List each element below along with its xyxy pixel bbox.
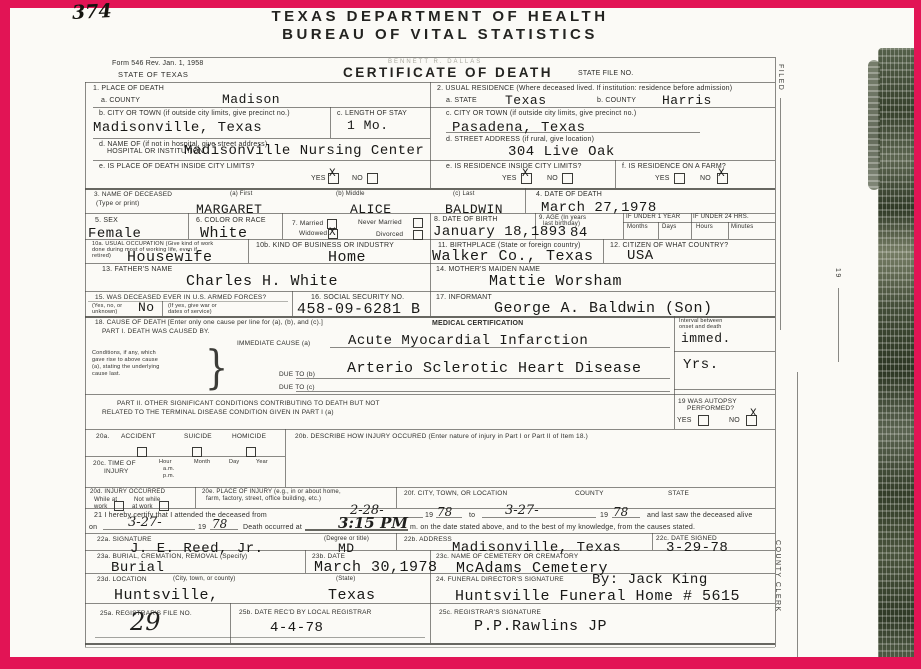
registrar-file-no-value: 29 xyxy=(130,608,161,636)
type-or-print-label: (Type or print) xyxy=(96,200,139,207)
divider xyxy=(282,213,283,239)
never-married-label: Never Married xyxy=(358,219,402,226)
divider xyxy=(728,222,729,239)
death-certificate-scan: 374 TEXAS DEPARTMENT OF HEALTH BUREAU OF… xyxy=(0,0,921,669)
yes-label: YES xyxy=(655,175,670,182)
divider xyxy=(430,603,431,643)
hour-label: Hour xyxy=(159,459,172,465)
day-label: Day xyxy=(229,459,239,465)
check-mark: X xyxy=(750,408,757,420)
rule xyxy=(95,637,425,638)
at-work-label: at work xyxy=(132,504,153,510)
fathers-name-value: Charles H. White xyxy=(186,273,338,290)
rule xyxy=(85,487,775,488)
sex-label: 5. SEX xyxy=(95,217,118,224)
residence-state-value: Texas xyxy=(505,93,547,108)
divorced-label: Divorced xyxy=(376,231,403,238)
usual-occupation-value: Housewife xyxy=(127,249,213,266)
armed-forces-sub1b: unknown) xyxy=(92,309,117,315)
injury-county-label: COUNTY xyxy=(575,490,604,497)
color-or-race-label: 6. COLOR OR RACE xyxy=(196,217,266,224)
not-while-at-work-checkbox xyxy=(159,501,169,511)
autopsy-label: 19 WAS AUTOPSY xyxy=(678,398,737,405)
autopsy-label2: PERFORMED? xyxy=(687,405,734,412)
physician-address-label: 22b. ADDRESS xyxy=(404,536,452,543)
armed-forces-value: No xyxy=(138,300,155,315)
farm-yes-checkbox xyxy=(674,173,685,184)
immediate-cause-value: Acute Myocardial Infarction xyxy=(348,333,588,349)
state-file-no-label: STATE FILE NO. xyxy=(578,70,633,77)
no-label: NO xyxy=(547,175,558,182)
divider xyxy=(188,213,189,239)
hours-label: Hours xyxy=(696,224,713,230)
last-name-label: (c) Last xyxy=(453,191,475,197)
photocopy-dark-smudge xyxy=(868,60,880,190)
farm-no-checkbox: X xyxy=(717,173,728,184)
fathers-name-label: 13. FATHER'S NAME xyxy=(102,266,172,273)
rule xyxy=(85,508,775,509)
last-name-value: BALDWIN xyxy=(445,202,503,217)
form-left-border xyxy=(85,82,86,647)
immediate-cause-label: IMMEDIATE CAUSE (a) xyxy=(237,340,310,347)
homicide-checkbox xyxy=(246,447,256,457)
part1-label: PART I. DEATH WAS CAUSED BY. xyxy=(102,328,210,335)
residence-county-label: b. COUNTY xyxy=(597,97,636,104)
pm-label: p.m. xyxy=(163,473,175,479)
date-of-death-value: March 27,1978 xyxy=(541,200,657,216)
injury-state-label: STATE xyxy=(668,490,689,497)
rule xyxy=(85,291,775,292)
citizen-value: USA xyxy=(627,248,654,264)
funeral-home-value: Huntsville Funeral Home # 5615 xyxy=(455,588,740,605)
divider xyxy=(330,107,331,138)
divider xyxy=(292,291,293,316)
certify-text-1: 21 I hereby certify that I attended the … xyxy=(94,512,267,519)
residence-state-label: a. STATE xyxy=(446,97,477,104)
divider xyxy=(430,550,431,603)
armed-forces-sub2b: dates of service) xyxy=(168,309,212,315)
divider xyxy=(691,213,692,239)
rule xyxy=(85,533,775,534)
usual-occupation-label3: retired) xyxy=(92,253,111,259)
informant-value: George A. Baldwin (Son) xyxy=(494,300,713,317)
rule xyxy=(838,288,839,362)
attended-to-date-handwritten: 3-27- xyxy=(505,503,539,518)
check-mark: X xyxy=(329,227,336,239)
divider xyxy=(162,301,163,316)
first-name-value: MARGARET xyxy=(196,202,262,217)
mothers-maiden-name-value: Mattie Worsham xyxy=(489,273,622,290)
accident-label: ACCIDENT xyxy=(121,433,156,440)
registrar-signature-label: 25c. REGISTRAR'S SIGNATURE xyxy=(439,609,541,616)
sex-value: Female xyxy=(88,226,141,242)
no-label: NO xyxy=(729,417,740,424)
certificate-title: CERTIFICATE OF DEATH xyxy=(343,65,553,80)
rule xyxy=(296,378,670,379)
death-city-limits-no-checkbox xyxy=(367,173,378,184)
year-78-handwritten: 78 xyxy=(437,505,452,519)
rule xyxy=(296,391,670,392)
certify-text-2: and last saw the deceased alive xyxy=(647,512,752,519)
rule xyxy=(93,160,430,161)
part2-label: PART II. OTHER SIGNIFICANT CONDITIONS CO… xyxy=(117,400,380,407)
cause-of-death-title: 18. CAUSE OF DEATH [Enter only one cause… xyxy=(95,319,323,326)
residence-city-limits-label: e. IS RESIDENCE INSIDE CITY LIMITS? xyxy=(446,163,582,170)
certify-text-3: m. on the date stated above, and to the … xyxy=(410,524,695,531)
rule xyxy=(780,98,781,330)
no-label: NO xyxy=(352,175,363,182)
funeral-director-by-value: By: Jack King xyxy=(592,572,708,588)
city-or-town-value: Madisonville, Texas xyxy=(93,120,262,136)
photocopy-dark-band xyxy=(878,48,917,666)
divider xyxy=(623,213,624,239)
widowed-label: Widowed xyxy=(299,230,327,237)
time-of-injury-label2: INJURY xyxy=(104,468,129,475)
business-industry-label: 10b. KIND OF BUSINESS OR INDUSTRY xyxy=(256,242,394,249)
divider xyxy=(285,429,286,487)
rule xyxy=(797,372,798,660)
date-received-value: 4-4-78 xyxy=(270,620,323,636)
middle-name-value: ALICE xyxy=(350,202,392,217)
not-while-label: Not while xyxy=(134,497,160,503)
divider xyxy=(430,213,431,316)
burial-city-value: Huntsville, xyxy=(114,587,219,604)
due-to-c-label: DUE TO (c) xyxy=(279,384,315,391)
year-78-handwritten: 78 xyxy=(212,517,227,531)
am-label: a.m. xyxy=(163,466,175,472)
street-address-label: d. STREET ADDRESS (if rural, give locati… xyxy=(446,136,594,143)
minutes-label: Minutes xyxy=(731,224,753,230)
autopsy-yes-checkbox xyxy=(698,415,709,426)
place-of-injury-label2: farm, factory, street, office building, … xyxy=(206,496,321,502)
rule xyxy=(93,107,430,108)
county-clerk-label: COUNTY CLERK xyxy=(774,540,781,613)
divider xyxy=(652,533,653,550)
rule xyxy=(623,222,775,223)
divider xyxy=(396,533,397,550)
interval-label2: onset and death xyxy=(679,324,721,330)
date-of-birth-value: January 18,1893 xyxy=(433,224,567,240)
divider xyxy=(430,82,431,188)
rule xyxy=(85,643,775,645)
part2-label2: RELATED TO THE TERMINAL DISEASE CONDITIO… xyxy=(102,409,334,416)
while-at-work-checkbox xyxy=(114,501,124,511)
place-of-death-title: 1. PLACE OF DEATH xyxy=(93,85,164,92)
married-label: 7. Married xyxy=(292,220,323,227)
registrar-signature-value: P.P.Rawlins JP xyxy=(474,618,607,635)
armed-forces-label: 15. WAS DECEASED EVER IN U.S. ARMED FORC… xyxy=(95,294,266,301)
residence-on-farm-label: f. IS RESIDENCE ON A FARM? xyxy=(622,163,726,170)
injury-city-label: 20f. CITY, TOWN, OR LOCATION xyxy=(404,490,507,497)
date-signed-value: 3-29-78 xyxy=(666,540,728,556)
rule xyxy=(85,394,775,395)
filed-stamp-label: FILED xyxy=(777,64,784,91)
divider xyxy=(658,222,659,239)
residence-county-value: Harris xyxy=(662,93,712,108)
form-number: Form 546 Rev. Jan. 1, 1958 xyxy=(112,60,203,67)
first-name-label: (a) First xyxy=(230,191,252,197)
middle-name-label: (b) Middle xyxy=(336,191,365,197)
hospital-name-value: Madisonville Nursing Center xyxy=(184,143,424,159)
rule xyxy=(85,188,775,190)
describe-injury-label: 20b. DESCRIBE HOW INJURY OCCURED (Enter … xyxy=(295,433,588,440)
if-under-24-hrs-label: IF UNDER 24 HRS. xyxy=(693,214,749,220)
time-of-injury-label: 20c. TIME OF xyxy=(93,460,136,467)
item-20a-label: 20a. xyxy=(96,433,109,440)
rule xyxy=(93,138,430,139)
conditions-note1: Conditions, if any, which xyxy=(92,350,156,356)
yes-label: YES xyxy=(502,175,517,182)
accident-checkbox xyxy=(137,447,147,457)
name-of-deceased-label: 3. NAME OF DECEASED xyxy=(94,191,172,198)
county-value: Madison xyxy=(222,92,280,107)
rule xyxy=(88,301,288,302)
business-industry-value: Home xyxy=(328,249,366,266)
usual-residence-title: 2. USUAL RESIDENCE (Where deceased lived… xyxy=(437,85,732,92)
burial-state-value: Texas xyxy=(328,587,376,604)
printed-19: 19 xyxy=(600,512,608,519)
autopsy-no-checkbox: X xyxy=(746,415,757,426)
residence-city-label: c. CITY OR TOWN (if outside city limits,… xyxy=(446,110,636,117)
burial-date-value: March 30,1978 xyxy=(314,559,438,576)
residence-city-limits-yes-checkbox: X xyxy=(521,173,532,184)
rule xyxy=(674,351,775,352)
medical-certification-label: MEDICAL CERTIFICATION xyxy=(432,320,523,327)
date-of-birth-label: 8. DATE OF BIRTH xyxy=(434,216,498,223)
physician-address-value: Madisonville, Texas xyxy=(452,540,621,556)
date-of-death-label: 4. DATE OF DEATH xyxy=(536,191,602,198)
rule xyxy=(430,107,775,108)
rule xyxy=(674,389,775,390)
rule xyxy=(85,647,775,648)
divider xyxy=(674,316,675,429)
divider xyxy=(603,239,604,263)
injury-occurred-label: 20d. INJURY OCCURRED xyxy=(90,489,165,495)
physician-signature-value: J. E. Reed, Jr. xyxy=(130,541,264,557)
funeral-director-label: 24. FUNERAL DIRECTOR'S SIGNATURE xyxy=(436,576,564,583)
birthplace-value: Walker Co., Texas xyxy=(432,248,594,265)
time-of-death-handwritten: 3:15 PM xyxy=(338,514,408,532)
divider xyxy=(195,487,196,508)
divider xyxy=(305,550,306,573)
months-label: Months xyxy=(627,224,648,230)
death-city-limits-yes-checkbox: X xyxy=(328,173,339,184)
rule xyxy=(150,57,775,58)
rule xyxy=(85,429,775,430)
to-label: to xyxy=(469,512,475,519)
homicide-label: HOMICIDE xyxy=(232,433,266,440)
county-label: a. COUNTY xyxy=(101,97,140,104)
handwritten-page-number: 374 xyxy=(71,0,112,24)
state-of-texas-label: STATE OF TEXAS xyxy=(118,70,189,79)
color-or-race-value: White xyxy=(200,225,248,242)
state-sublabel: (State) xyxy=(336,576,355,582)
check-mark: X xyxy=(329,168,336,180)
place-of-injury-label: 20e. PLACE OF INJURY (e.g., in or about … xyxy=(202,489,341,495)
divider xyxy=(396,487,397,508)
rule xyxy=(482,517,596,518)
conditions-note2: gave rise to above cause xyxy=(92,357,158,363)
work-label: work xyxy=(94,504,107,510)
suicide-checkbox xyxy=(192,447,202,457)
rule xyxy=(430,160,775,161)
interval-a-value: immed. xyxy=(681,331,731,346)
month-label: Month xyxy=(194,459,210,465)
death-occurred-at-label: Death occurred at xyxy=(243,524,302,531)
length-of-stay-label: c. LENGTH OF STAY xyxy=(337,110,407,117)
no-label: NO xyxy=(700,175,711,182)
death-inside-city-limits-label: e. IS PLACE OF DEATH INSIDE CITY LIMITS? xyxy=(99,163,255,170)
street-address-value: 304 Live Oak xyxy=(508,144,615,160)
filed-year-label: 19 xyxy=(834,268,841,279)
degree-value: MD xyxy=(338,541,355,556)
printed-19: 19 xyxy=(198,524,206,531)
age-value: 84 xyxy=(570,225,588,241)
yes-label: YES xyxy=(311,175,326,182)
check-mark: X xyxy=(522,168,529,180)
divider xyxy=(248,239,249,263)
ssn-label: 16. SOCIAL SECURITY NO. xyxy=(311,294,404,301)
interval-b-value: Yrs. xyxy=(683,357,719,373)
residence-city-value: Pasadena, Texas xyxy=(452,120,586,136)
residence-city-limits-no-checkbox xyxy=(562,173,573,184)
city-town-county-sublabel: (City, town, or county) xyxy=(173,576,236,582)
last-seen-date-handwritten: 3-27- xyxy=(128,515,162,530)
check-mark: X xyxy=(718,168,725,180)
department-title: TEXAS DEPARTMENT OF HEALTH xyxy=(160,8,720,25)
days-label: Days xyxy=(662,224,676,230)
divider xyxy=(525,188,526,213)
city-or-town-label: b. CITY OR TOWN (if outside city limits,… xyxy=(99,110,290,117)
on-label: on xyxy=(89,524,97,531)
rule xyxy=(85,239,775,240)
burial-value: Burial xyxy=(111,560,164,576)
burial-location-label: 23d. LOCATION xyxy=(97,576,147,583)
ssn-value: 458-09-6281 B xyxy=(297,301,421,318)
date-received-label: 25b. DATE REC'D BY LOCAL REGISTRAR xyxy=(239,609,372,616)
due-to-b-label: DUE TO (b) xyxy=(279,371,315,378)
divorced-checkbox xyxy=(413,230,423,240)
widowed-checkbox: X xyxy=(328,229,338,239)
suicide-label: SUICIDE xyxy=(184,433,212,440)
conditions-note4: cause last. xyxy=(92,371,121,377)
cemetery-value: McAdams Cemetery xyxy=(456,560,608,577)
year-78-handwritten: 78 xyxy=(613,505,628,519)
brace-glyph: } xyxy=(205,340,228,394)
informant-label: 17. INFORMANT xyxy=(436,294,492,301)
year-label: Year xyxy=(256,459,268,465)
divider xyxy=(615,160,616,188)
due-to-b-value: Arterio Sclerotic Heart Disease xyxy=(347,360,642,377)
bureau-title: BUREAU OF VITAL STATISTICS xyxy=(160,26,720,43)
length-of-stay-value: 1 Mo. xyxy=(347,118,389,133)
conditions-note3: (a), stating the underlying xyxy=(92,364,159,370)
printed-19: 19 xyxy=(425,512,433,519)
never-married-checkbox xyxy=(413,218,423,228)
mothers-maiden-name-label: 14. MOTHER'S MAIDEN NAME xyxy=(436,266,540,273)
yes-label: YES xyxy=(677,417,692,424)
